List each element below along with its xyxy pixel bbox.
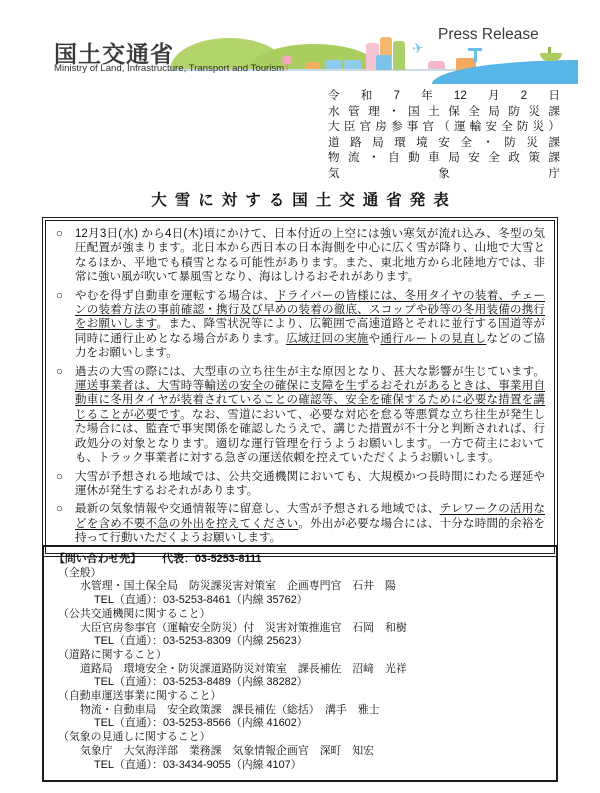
date-line: 水管理・国土保全局防災課 <box>328 104 560 120</box>
van-icon <box>428 61 445 69</box>
header: ✈ 国土交通省 Ministry of Land, Infrastructure… <box>0 0 600 90</box>
contact-heading: 【問い合わせ先】 <box>54 553 141 565</box>
contact-main-tel: 代表：03-5253-8111 <box>162 553 261 565</box>
contact-box: 【問い合わせ先】 代表：03-5253-8111 （全般）水管理・国土保全局 防… <box>42 545 558 782</box>
bullet-item: ○最新の気象情報や交通情報等に留意し、大雪が予想される地域では、テレワークの活用… <box>53 502 545 545</box>
bullet-text: 過去の大雪の際には、大型車の立ち往生が主な原因となり、甚大な影響が生じています。… <box>75 365 545 466</box>
contact-person: 物流・自動車局 安全政策課 課長補佐（総括） 溝手 雅士 <box>80 704 546 718</box>
car-icon <box>305 62 320 69</box>
bullet-marker: ○ <box>53 289 75 361</box>
press-release-label: Press Release <box>438 26 539 44</box>
announcement-box: ○12月3日(水) から4日(木)頃にかけて、日本付近の上空には強い寒気が流れ込… <box>42 217 558 557</box>
date-line: 令和7年12月2日 <box>328 88 560 104</box>
bullet-text: 12月3日(水) から4日(木)頃にかけて、日本付近の上空には強い寒気が流れ込み… <box>75 227 545 285</box>
contact-person: 気象庁 大気海洋部 業務課 気象情報企画官 深町 知宏 <box>80 745 546 759</box>
bullet-marker: ○ <box>53 365 75 466</box>
contact-category: （道路に関すること） <box>58 649 546 663</box>
contact-entry: （自動車運送事業に関すること）物流・自動車局 安全政策課 課長補佐（総括） 溝手… <box>54 690 546 731</box>
date-line: 大臣官房参事官（運輸安全防災） <box>328 119 560 135</box>
contact-tel: TEL（直通）：03-5253-8489（内線 38282） <box>94 676 546 690</box>
bullet-item: ○12月3日(水) から4日(木)頃にかけて、日本付近の上空には強い寒気が流れ込… <box>53 227 545 285</box>
tree-trunk <box>286 64 288 70</box>
sea-wave-icon <box>432 60 578 84</box>
bullet-text: 大雪が予想される地域では、公共交通機関においても、大規模かつ長時間にわたる遅延や… <box>75 470 545 499</box>
contact-person: 道路局 環境安全・防災課道路防災対策室 課長補佐 沼﨑 光祥 <box>80 663 546 677</box>
bullet-item: ○大雪が予想される地域では、公共交通機関においても、大規模かつ長時間にわたる遅延… <box>53 470 545 499</box>
contact-category: （気象の見通しに関すること） <box>58 731 546 745</box>
contact-person: 水管理・国土保全局 防災課災害対策室 企画専門官 石井 陽 <box>80 580 546 594</box>
bullet-text: やむを得ず自動車を運転する場合は、ドライバーの皆様には、冬用タイヤの装着、チェー… <box>75 289 545 361</box>
page-title: 大雪に対する国土交通省発表 <box>0 188 600 210</box>
date-line: 物流・自動車局安全政策課 <box>328 150 560 166</box>
plane-icon: ✈ <box>411 39 425 57</box>
building-icon <box>393 41 405 70</box>
building-icon <box>376 55 391 70</box>
tree-icon <box>293 60 301 68</box>
ministry-logo-subtitle: Ministry of Land, Infrastructure, Transp… <box>54 63 284 74</box>
contact-person: 大臣官房参事官（運輸安全防災）付 災害対策推進官 石岡 和樹 <box>80 622 546 636</box>
contact-heading-row: 【問い合わせ先】 代表：03-5253-8111 <box>54 553 546 567</box>
date-line: 道路局環境安全・防災課 <box>328 135 560 151</box>
contact-entry: （全般）水管理・国土保全局 防災課災害対策室 企画専門官 石井 陽TEL（直通）… <box>54 567 546 608</box>
bullet-marker: ○ <box>53 470 75 499</box>
bullet-list: ○12月3日(水) から4日(木)頃にかけて、日本付近の上空には強い寒気が流れ込… <box>53 227 545 546</box>
date-line: 気象庁 <box>328 166 560 182</box>
contact-tel: TEL（直通）：03-5253-8461（内線 35762） <box>94 594 546 608</box>
contact-entries: （全般）水管理・国土保全局 防災課災害対策室 企画専門官 石井 陽TEL（直通）… <box>54 567 546 773</box>
date-block: 令和7年12月2日水管理・国土保全局防災課大臣官房参事官（運輸安全防災）道路局環… <box>328 88 560 182</box>
contact-tel: TEL（直通）：03-5253-8566（内線 41602） <box>94 717 546 731</box>
contact-category: （全般） <box>58 567 546 581</box>
bullet-item: ○過去の大雪の際には、大型車の立ち往生が主な原因となり、甚大な影響が生じています… <box>53 365 545 466</box>
contact-entry: （道路に関すること）道路局 環境安全・防災課道路防災対策室 課長補佐 沼﨑 光祥… <box>54 649 546 690</box>
contact-tel: TEL（直通）：03-3434-9055（内線 4107） <box>94 759 546 773</box>
contact-tel: TEL（直通）：03-5253-8309（内線 25623） <box>94 635 546 649</box>
crane-icon <box>468 48 482 51</box>
bullet-text: 最新の気象情報や交通情報等に留意し、大雪が予想される地域では、テレワークの活用な… <box>75 502 545 545</box>
contact-entry: （公共交通機関に関すること）大臣官房参事官（運輸安全防災）付 災害対策推進官 石… <box>54 608 546 649</box>
train-icon <box>325 60 342 69</box>
train-icon <box>344 60 361 69</box>
bullet-marker: ○ <box>53 227 75 285</box>
contact-category: （自動車運送事業に関すること） <box>58 690 546 704</box>
bullet-marker: ○ <box>53 502 75 545</box>
contact-category: （公共交通機関に関すること） <box>58 608 546 622</box>
contact-entry: （気象の見通しに関すること）気象庁 大気海洋部 業務課 気象情報企画官 深町 知… <box>54 731 546 772</box>
bullet-item: ○やむを得ず自動車を運転する場合は、ドライバーの皆様には、冬用タイヤの装着、チェ… <box>53 289 545 361</box>
